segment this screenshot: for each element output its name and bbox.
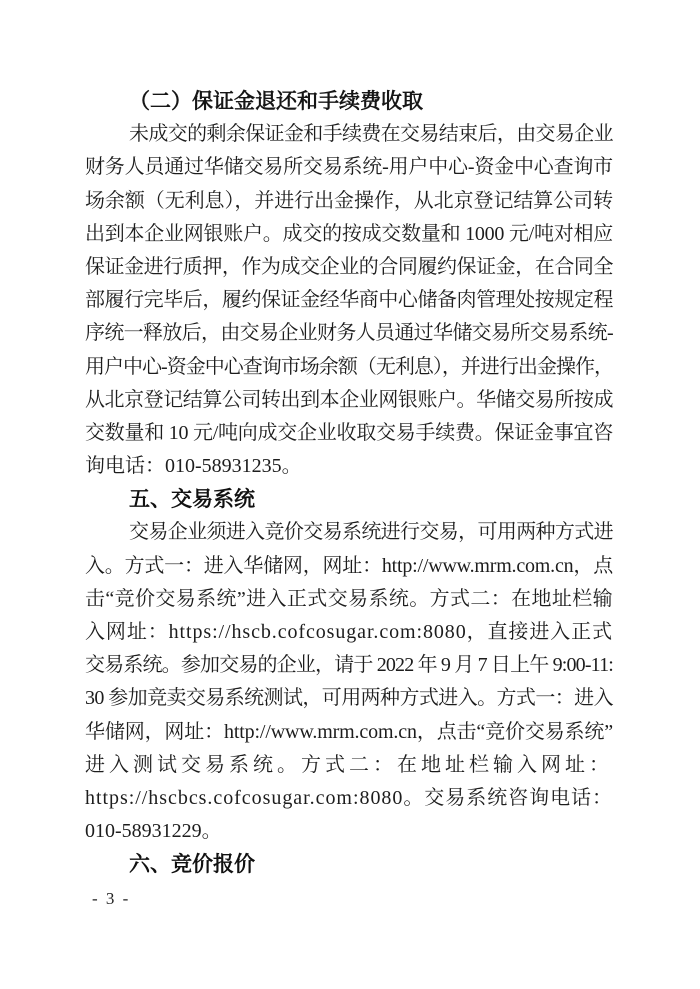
- page-number: - 3 -: [92, 889, 130, 909]
- document-line: 询电话：010-58931235。: [85, 450, 613, 483]
- document-line: 击“竞价交易系统”进入正式交易系统。方式二：在地址栏输: [85, 583, 613, 616]
- document-line: 财务人员通过华储交易所交易系统-用户中心-资金中心查询市: [85, 151, 613, 184]
- document-line: 从北京登记结算公司转出到本企业网银账户。华储交易所按成: [85, 384, 613, 417]
- document-line: 出到本企业网银账户。成交的按成交数量和 1000 元/吨对相应: [85, 218, 613, 251]
- document-line: 部履行完毕后，履约保证金经华商中心储备肉管理处按规定程: [85, 284, 613, 317]
- section-heading: 五、交易系统: [85, 483, 613, 516]
- document-line: 保证金进行质押，作为成交企业的合同履约保证金，在合同全: [85, 251, 613, 284]
- document-line: 交易系统。参加交易的企业，请于 2022 年 9 月 7 日上午 9:00-11…: [85, 649, 613, 682]
- document-line: 场余额（无利息），并进行出金操作，从北京登记结算公司转: [85, 185, 613, 218]
- document-line: 用户中心-资金中心查询市场余额（无利息），并进行出金操作，: [85, 351, 613, 384]
- document-line: 进入测试交易系统。方式二：在地址栏输入网址：: [85, 749, 613, 782]
- document-line: https://hscbcs.cofcosugar.com:8080。交易系统咨…: [85, 782, 613, 815]
- document-line: 交易企业须进入竞价交易系统进行交易，可用两种方式进: [85, 516, 613, 549]
- document-line: 交数量和 10 元/吨向成交企业收取交易手续费。保证金事宜咨: [85, 417, 613, 450]
- document-page: （二）保证金退还和手续费收取未成交的剩余保证金和手续费在交易结束后，由交易企业财…: [0, 0, 700, 989]
- document-text-block: （二）保证金退还和手续费收取未成交的剩余保证金和手续费在交易结束后，由交易企业财…: [85, 85, 613, 882]
- section-heading: （二）保证金退还和手续费收取: [85, 85, 613, 118]
- document-line: 入网址：https://hscb.cofcosugar.com:8080，直接进…: [85, 616, 613, 649]
- document-line: 30 参加竞卖交易系统测试，可用两种方式进入。方式一：进入: [85, 682, 613, 715]
- document-line: 入。方式一：进入华储网，网址：http://www.mrm.com.cn，点: [85, 550, 613, 583]
- document-line: 010-58931229。: [85, 815, 613, 848]
- document-line: 序统一释放后，由交易企业财务人员通过华储交易所交易系统-: [85, 317, 613, 350]
- document-line: 未成交的剩余保证金和手续费在交易结束后，由交易企业: [85, 118, 613, 151]
- section-heading: 六、竞价报价: [85, 848, 613, 881]
- document-line: 华储网，网址：http://www.mrm.com.cn，点击“竞价交易系统”: [85, 716, 613, 749]
